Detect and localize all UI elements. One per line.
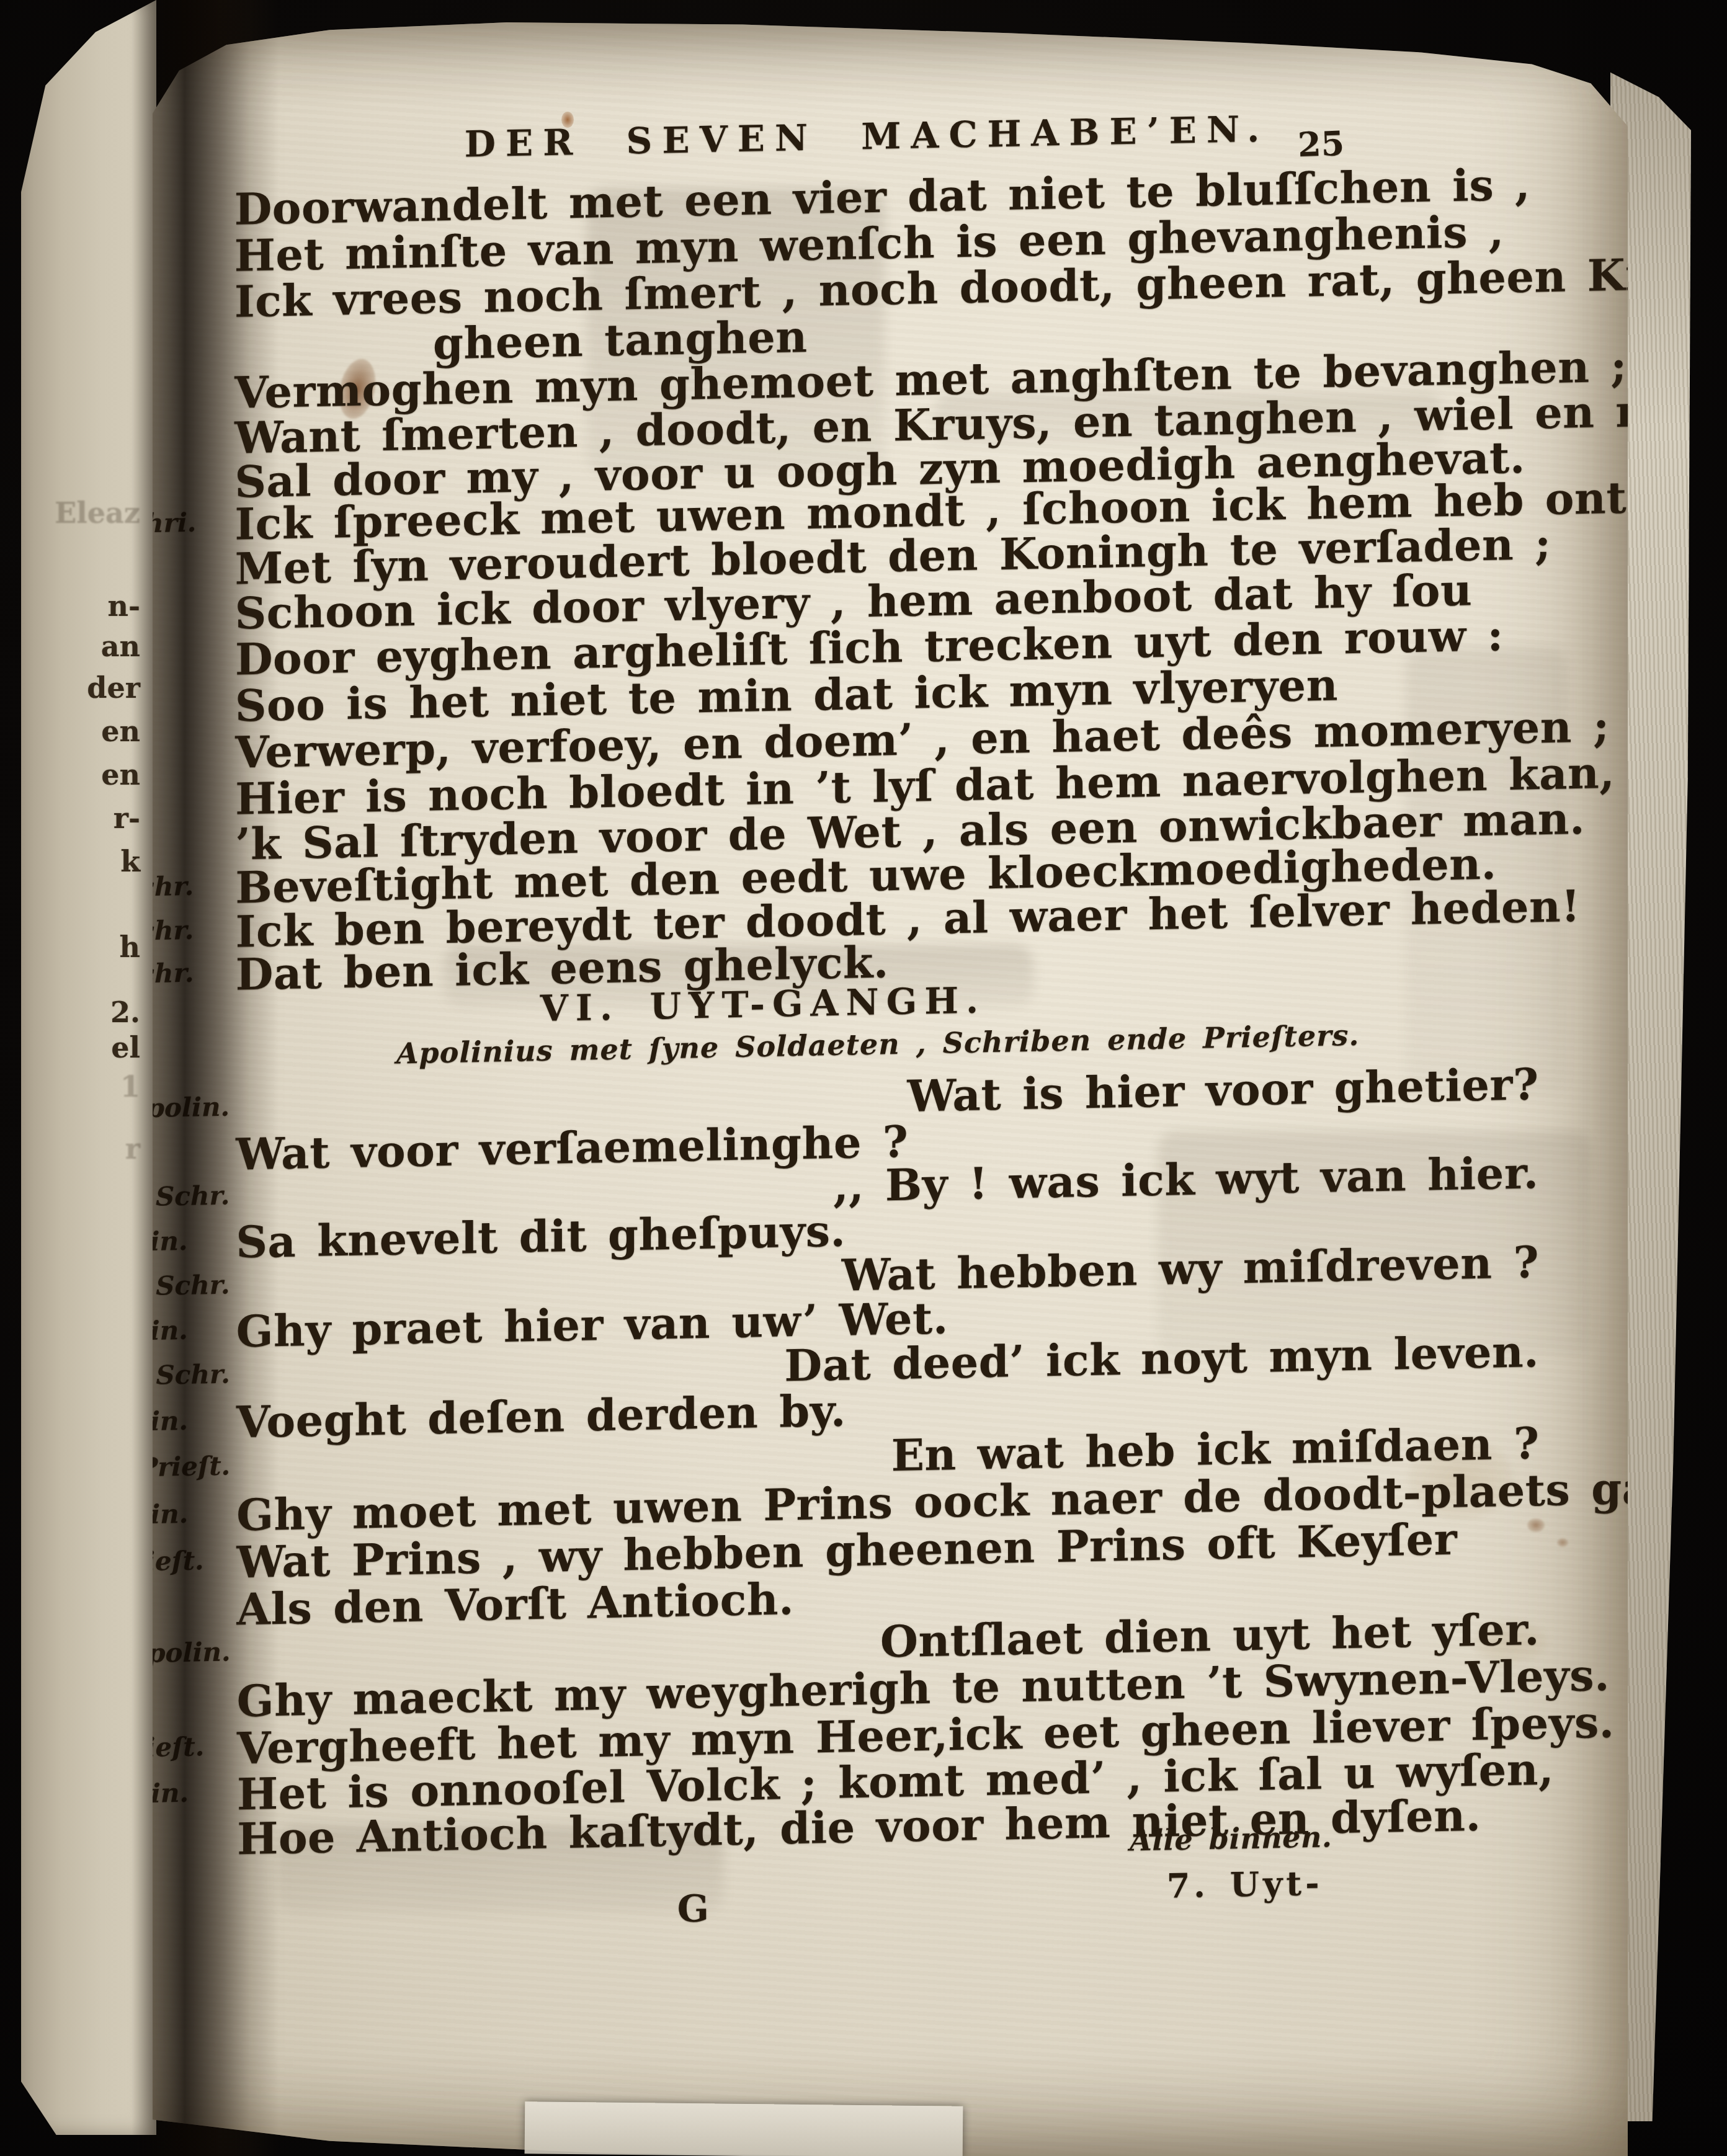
signature-line: G [32, 1878, 1354, 1941]
verse-text: Alle binnen. [1130, 1822, 1332, 1855]
edge-text-fragment: n- [107, 589, 140, 623]
verse-text: G [677, 1891, 710, 1928]
edge-text-fragment: Eleaz [55, 496, 140, 530]
book-photo: { "colors":{"paper":"#e9e3d3","ink":"#27… [0, 0, 1727, 2156]
verse-text: Voeght deſen derden by. [236, 1389, 846, 1444]
edge-text-fragment: 2. [110, 996, 140, 1029]
edge-text-fragment: der [87, 671, 140, 705]
edge-text-fragment: en [101, 715, 140, 748]
page-number: 25 [1297, 123, 1345, 165]
verse-text: VI. UYT-GANGH. [540, 982, 986, 1027]
edge-text-fragment: k [120, 845, 140, 878]
previous-page-edge: Eleazn-anderenenr-kh2.el1r [21, 0, 156, 2135]
text-block: DER SEVEN MACHABE’EN. Doorwandelt met ee… [234, 81, 1559, 2028]
foxing-spot [1557, 1538, 1568, 1547]
edge-text-fragment: r- [114, 801, 140, 835]
running-header-title: DER SEVEN MACHABE’EN. [465, 111, 1270, 163]
edge-text-fragment: en [101, 758, 140, 791]
tape-strip [525, 2101, 963, 2156]
book-page: 25 DER SEVEN MACHABE’EN. Doorwandelt met… [153, 15, 1628, 2156]
edge-text-fragment: 1 [120, 1070, 140, 1103]
edge-text-fragment: h [120, 930, 140, 964]
edge-text-fragment: el [111, 1031, 140, 1064]
edge-text-fragment: r [125, 1132, 140, 1165]
edge-text-fragment: an [101, 630, 140, 663]
